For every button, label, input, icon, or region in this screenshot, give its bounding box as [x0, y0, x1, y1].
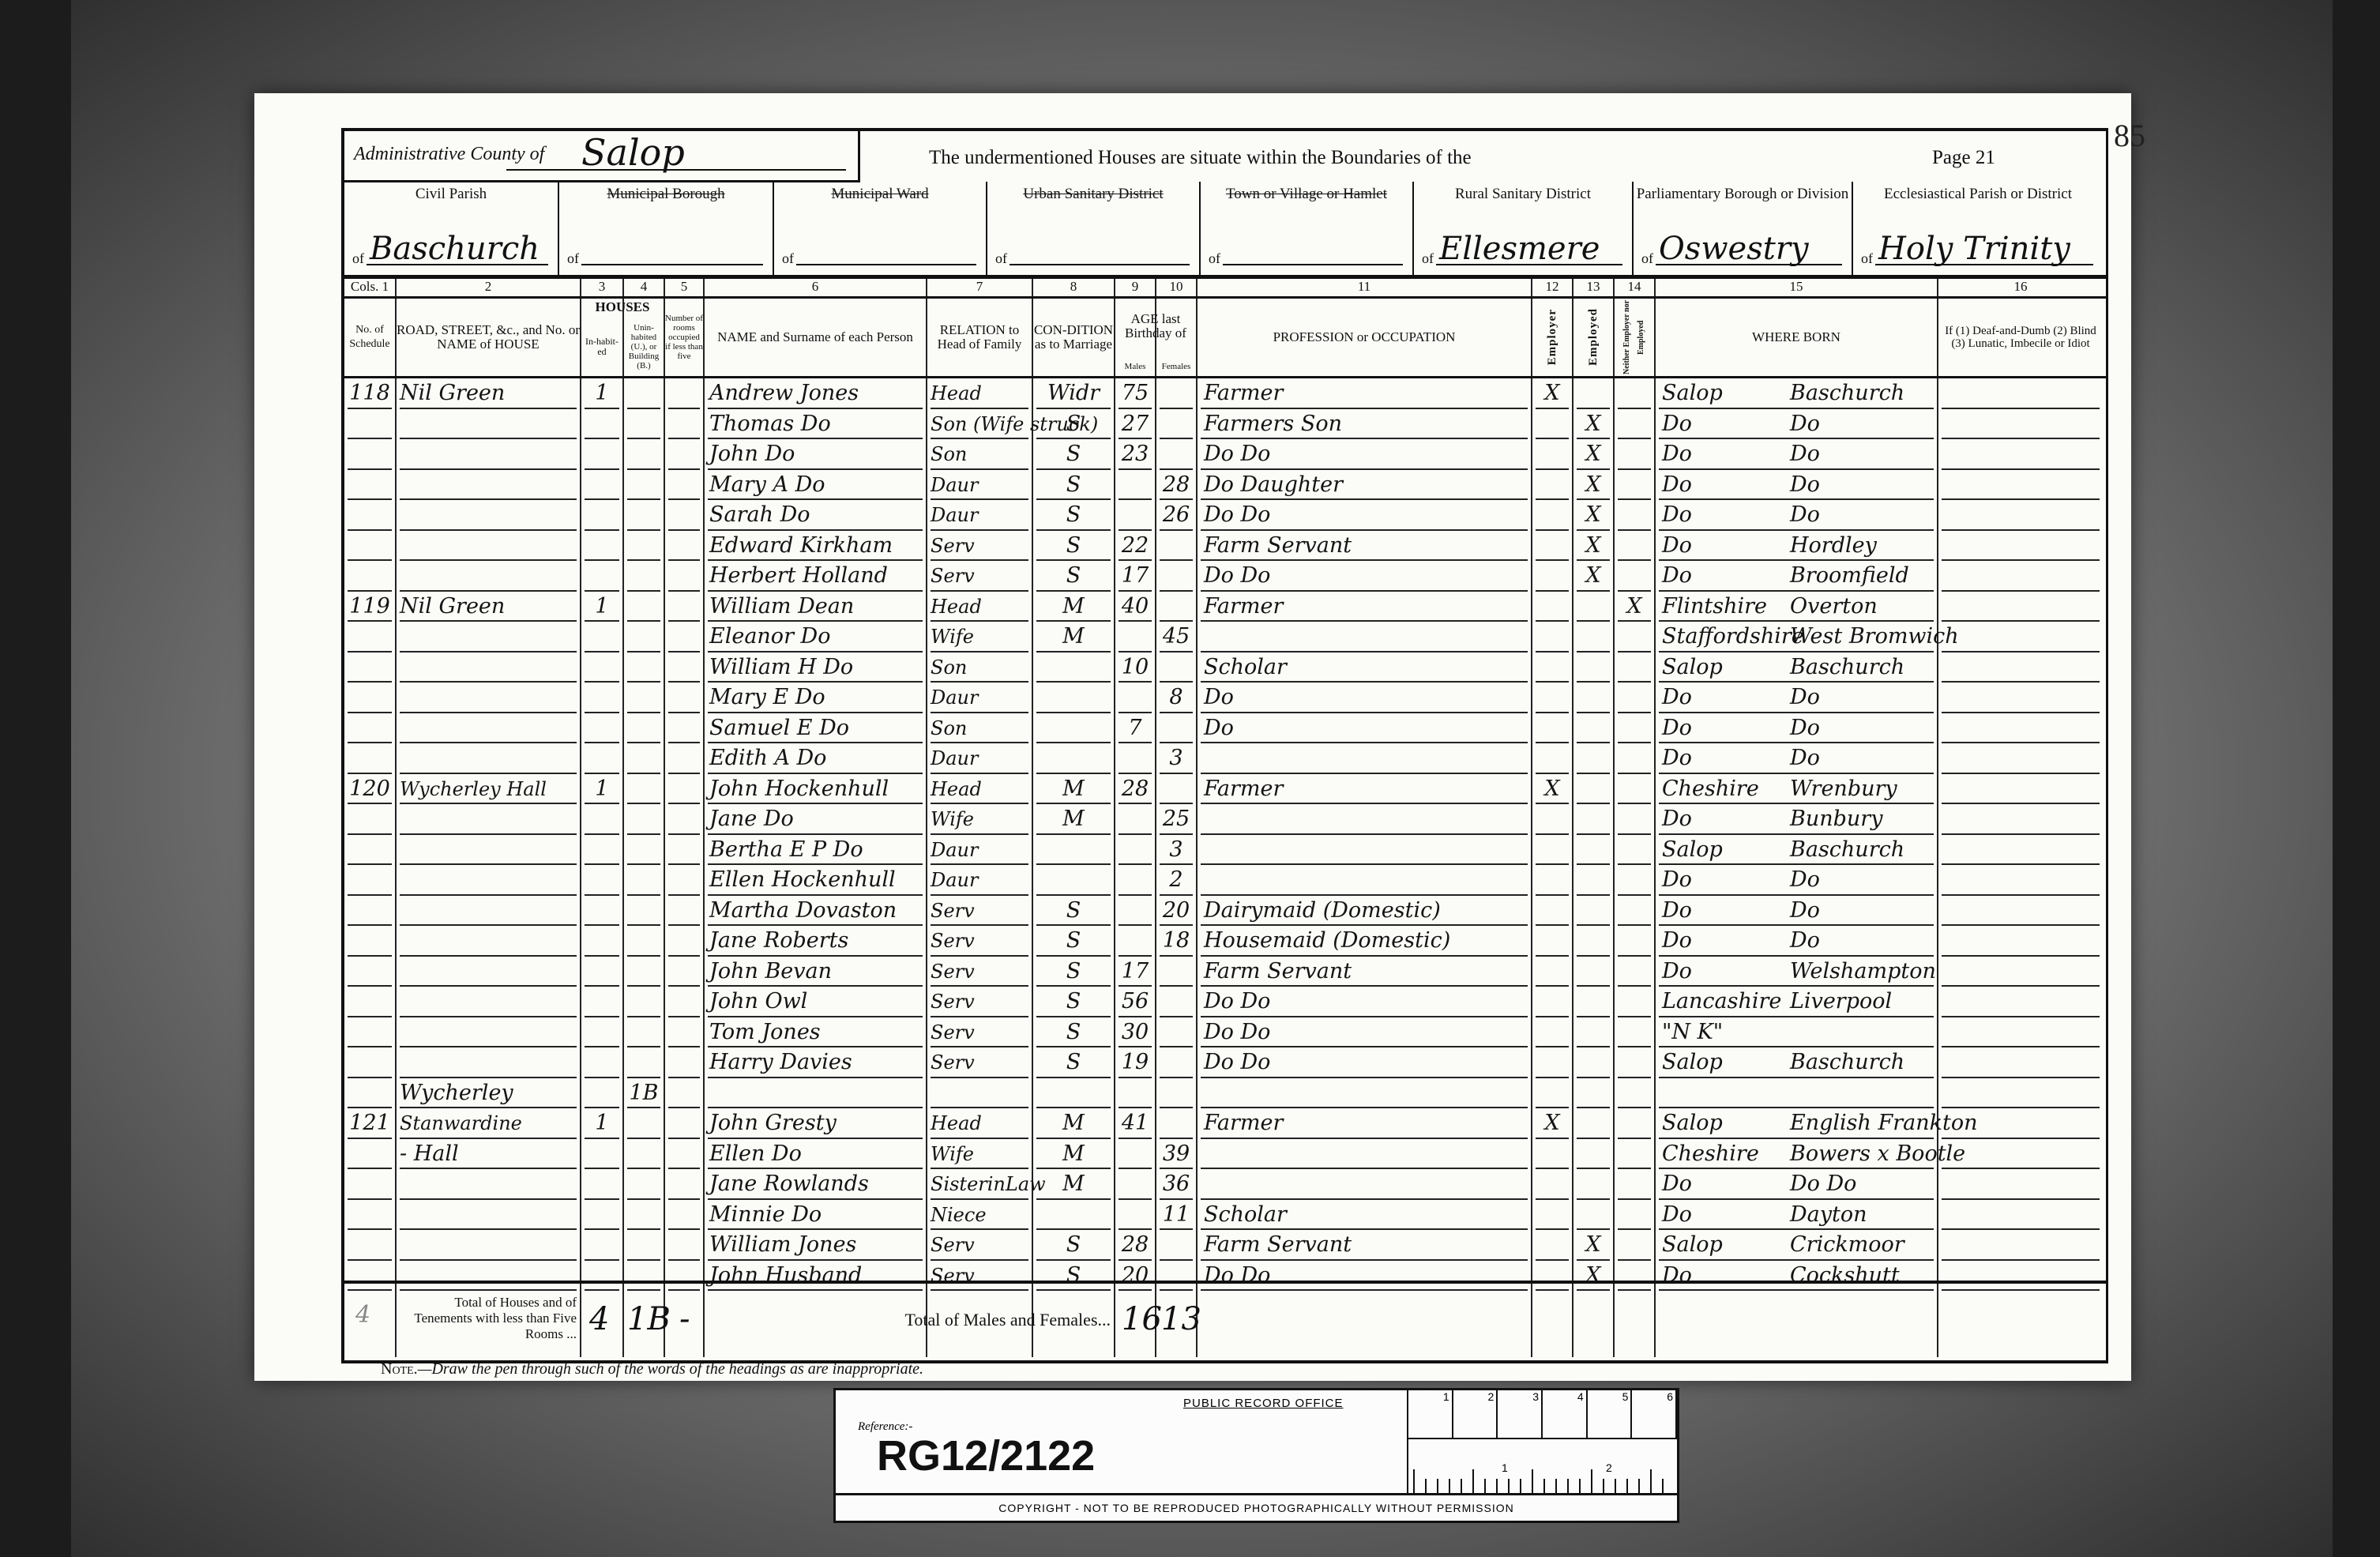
cell-female-age: 20 [1156, 896, 1196, 927]
cell-born-county: Do [1662, 1169, 1780, 1200]
table-row: William JonesServS28Farm ServantXSalopCr… [344, 1230, 2106, 1261]
cell-relation: Serv [931, 1047, 1032, 1078]
cell-rooms [665, 683, 703, 713]
cell-road [400, 713, 580, 744]
header-relation: RELATION to Head of Family [927, 299, 1032, 376]
cell-condition: M [1033, 622, 1114, 653]
cell-occupation: Do [1204, 713, 1531, 744]
cell-relation: Son [931, 653, 1032, 683]
cell-schedule [344, 622, 395, 653]
cell-male-age [1115, 1169, 1155, 1200]
cell-female-age [1156, 957, 1196, 987]
civil-parish-value: Baschurch [370, 231, 540, 267]
cell-employed [1574, 835, 1613, 866]
cell-name: Eleanor Do [709, 622, 926, 653]
cell-employed [1574, 774, 1613, 805]
cell-employer [1532, 592, 1572, 622]
table-row: John OwlServS56Do DoLancashireLiverpool [344, 987, 2106, 1017]
cell-name: John Do [709, 439, 926, 470]
cell-employed [1574, 622, 1613, 653]
district-municipal-borough: Municipal Borough of [559, 182, 774, 275]
cell-female-age: 18 [1156, 926, 1196, 957]
cell-inhabited [581, 1200, 622, 1231]
cell-condition: M [1033, 1169, 1114, 1200]
cell-rooms [665, 500, 703, 531]
cell-employed [1574, 653, 1613, 683]
cell-condition: S [1033, 1017, 1114, 1048]
cell-condition: S [1033, 957, 1114, 987]
cell-road: Wycherley Hall [400, 774, 580, 805]
cell-inhabited [581, 1078, 622, 1109]
cell-uninhabited [624, 531, 664, 562]
header-inhabited: In-habit-ed [581, 318, 622, 375]
cell-born-place: West Bromwich [1790, 622, 1937, 653]
cell-inhabited [581, 531, 622, 562]
cell-occupation [1204, 835, 1531, 866]
cell-born-county: Cheshire [1662, 1139, 1780, 1170]
cell-name: William Jones [709, 1230, 926, 1261]
cell-female-age: 2 [1156, 865, 1196, 896]
cell-neither [1615, 1047, 1654, 1078]
cell-uninhabited [624, 743, 664, 774]
district-parliamentary: Parliamentary Borough or Division of Osw… [1634, 182, 1853, 275]
cell-schedule [344, 531, 395, 562]
cell-male-age [1115, 1078, 1155, 1109]
cell-rooms [665, 804, 703, 835]
cell-rooms [665, 531, 703, 562]
cell-road [400, 926, 580, 957]
cell-uninhabited [624, 439, 664, 470]
cell-employer [1532, 957, 1572, 987]
cell-employer [1532, 653, 1572, 683]
cell-road [400, 531, 580, 562]
cell-employed [1574, 592, 1613, 622]
admin-county-box: Administrative County of Salop [344, 131, 860, 182]
cell-inhabited: 1 [581, 592, 622, 622]
reference-label: PUBLIC RECORD OFFICE Reference:- RG12/21… [833, 1388, 1679, 1523]
cell-born-place: Do [1790, 926, 1937, 957]
cell-condition: S [1033, 500, 1114, 531]
cell-road [400, 804, 580, 835]
district-ecclesiastical: Ecclesiastical Parish or District of Hol… [1853, 182, 2103, 275]
cell-infirmity [1938, 743, 2103, 774]
cell-female-age [1156, 592, 1196, 622]
cell-born-place: Wrenbury [1790, 774, 1937, 805]
cell-infirmity [1938, 683, 2103, 713]
cell-relation: Serv [931, 531, 1032, 562]
cell-male-age: 30 [1115, 1017, 1155, 1048]
cell-road [400, 957, 580, 987]
cell-schedule [344, 470, 395, 501]
header-where-born: WHERE BORN [1656, 299, 1937, 376]
cell-female-age [1156, 378, 1196, 409]
header-neither: Neither Employer nor Employed [1615, 299, 1654, 376]
cell-male-age: 27 [1115, 409, 1155, 440]
cell-relation: Wife [931, 804, 1032, 835]
cell-uninhabited [624, 378, 664, 409]
cell-male-age: 17 [1115, 957, 1155, 987]
cell-born-county: Do [1662, 531, 1780, 562]
cell-name: Mary A Do [709, 470, 926, 501]
cell-infirmity [1938, 531, 2103, 562]
cell-born-county: Staffordshire [1662, 622, 1780, 653]
cell-uninhabited [624, 1139, 664, 1170]
cell-male-age [1115, 1200, 1155, 1231]
cell-born-place: Do [1790, 683, 1937, 713]
cell-female-age [1156, 409, 1196, 440]
cell-condition [1033, 713, 1114, 744]
cell-road [400, 622, 580, 653]
cell-inhabited [581, 713, 622, 744]
scan-edge-right [2333, 0, 2380, 1557]
cell-schedule [344, 1047, 395, 1078]
cell-neither [1615, 531, 1654, 562]
cell-schedule [344, 713, 395, 744]
cell-rooms [665, 835, 703, 866]
cell-born-place: Liverpool [1790, 987, 1937, 1017]
cell-condition [1033, 683, 1114, 713]
houses-total-label: Total of Houses and of Tenements with le… [401, 1295, 577, 1342]
cell-schedule [344, 653, 395, 683]
table-row: Eleanor DoWifeM45StaffordshireWest Bromw… [344, 622, 2106, 653]
table-row: Thomas DoSon (Wife struck)S27Farmers Son… [344, 409, 2106, 440]
cell-relation: Serv [931, 896, 1032, 927]
ecclesiastical-value: Holy Trinity [1878, 231, 2070, 267]
cell-name: William H Do [709, 653, 926, 683]
cell-employer [1532, 713, 1572, 744]
cell-name: Mary E Do [709, 683, 926, 713]
cell-born-place: Dayton [1790, 1200, 1937, 1231]
cell-inhabited [581, 926, 622, 957]
cell-employer [1532, 865, 1572, 896]
cell-schedule [344, 409, 395, 440]
cell-female-age [1156, 987, 1196, 1017]
cell-employer [1532, 1230, 1572, 1261]
table-row: 121Stanwardine1John GrestyHeadM41FarmerX… [344, 1108, 2106, 1139]
table-row: Jane DoWifeM25DoBunbury [344, 804, 2106, 835]
header-uninhabited: Unin-habited (U.), or Building (B.) [624, 318, 664, 375]
cell-condition: S [1033, 1230, 1114, 1261]
table-row: Minnie DoNiece11ScholarDoDayton [344, 1200, 2106, 1231]
cell-rooms [665, 1230, 703, 1261]
cell-name: John Hockenhull [709, 774, 926, 805]
cell-inhabited [581, 987, 622, 1017]
cell-infirmity [1938, 774, 2103, 805]
cell-neither [1615, 409, 1654, 440]
cell-relation: Daur [931, 470, 1032, 501]
cell-occupation: Do Do [1204, 500, 1531, 531]
cell-born-place: Do [1790, 865, 1937, 896]
cell-employed [1574, 896, 1613, 927]
cell-name: Thomas Do [709, 409, 926, 440]
cell-schedule [344, 865, 395, 896]
cell-occupation: Do Do [1204, 987, 1531, 1017]
cell-uninhabited [624, 713, 664, 744]
rural-sanitary-value: Ellesmere [1439, 231, 1600, 267]
cell-inhabited [581, 865, 622, 896]
cell-born-place: Do [1790, 743, 1937, 774]
cell-relation: Serv [931, 1017, 1032, 1048]
cell-born-place: Do Do [1790, 1169, 1937, 1200]
cell-relation: Serv [931, 987, 1032, 1017]
district-urban-sanitary: Urban Sanitary District of [987, 182, 1201, 275]
cell-relation: Head [931, 1108, 1032, 1139]
cell-infirmity [1938, 713, 2103, 744]
cell-male-age: 75 [1115, 378, 1155, 409]
cell-rooms [665, 1169, 703, 1200]
cell-employer [1532, 1047, 1572, 1078]
cell-schedule [344, 1169, 395, 1200]
table-row: Mary A DoDaurS28Do DaughterXDoDo [344, 470, 2106, 501]
cell-schedule [344, 926, 395, 957]
table-row: Jane RobertsServS18Housemaid (Domestic)D… [344, 926, 2106, 957]
cell-employer [1532, 926, 1572, 957]
cell-born-county: Do [1662, 561, 1780, 592]
cell-infirmity [1938, 896, 2103, 927]
cell-female-age: 3 [1156, 835, 1196, 866]
cell-occupation: Farmers Son [1204, 409, 1531, 440]
cell-male-age [1115, 896, 1155, 927]
cell-born-place: Do [1790, 713, 1937, 744]
cell-name: William Dean [709, 592, 926, 622]
cell-rooms [665, 743, 703, 774]
cell-uninhabited [624, 683, 664, 713]
cell-inhabited: 1 [581, 378, 622, 409]
cell-uninhabited [624, 561, 664, 592]
cell-occupation [1204, 743, 1531, 774]
cell-employer [1532, 987, 1572, 1017]
cell-road: Wycherley [400, 1078, 580, 1109]
cell-male-age: 17 [1115, 561, 1155, 592]
cell-employer [1532, 1017, 1572, 1048]
cell-uninhabited [624, 592, 664, 622]
admin-county-value: Salop [581, 131, 685, 174]
cell-employer [1532, 531, 1572, 562]
measurement-scale: 12 34 56 1 2 [1407, 1390, 1677, 1493]
cell-name: Bertha E P Do [709, 835, 926, 866]
cell-female-age: 8 [1156, 683, 1196, 713]
cell-male-age: 41 [1115, 1108, 1155, 1139]
cell-female-age: 28 [1156, 470, 1196, 501]
cell-neither: X [1615, 592, 1654, 622]
cell-rooms [665, 1078, 703, 1109]
cell-male-age [1115, 743, 1155, 774]
cell-name: Edith A Do [709, 743, 926, 774]
cell-rooms [665, 378, 703, 409]
cell-born-place [1790, 1078, 1937, 1109]
table-row: Wycherley1B [344, 1078, 2106, 1109]
cell-inhabited [581, 957, 622, 987]
cell-neither [1615, 561, 1654, 592]
cell-name: Harry Davies [709, 1047, 926, 1078]
cell-schedule [344, 987, 395, 1017]
cell-occupation: Do Do [1204, 561, 1531, 592]
header-females: Females [1156, 358, 1196, 375]
cell-road: - Hall [400, 1139, 580, 1170]
cell-employed: X [1574, 409, 1613, 440]
cell-name: Minnie Do [709, 1200, 926, 1231]
cell-road [400, 1017, 580, 1048]
cell-employer [1532, 804, 1572, 835]
cell-born-place: Baschurch [1790, 378, 1937, 409]
cell-rooms [665, 1200, 703, 1231]
cell-schedule [344, 896, 395, 927]
cell-uninhabited [624, 1108, 664, 1139]
cell-relation: Son (Wife struck) [931, 409, 1032, 440]
males-total: 16 [1122, 1301, 1162, 1337]
cell-female-age [1156, 531, 1196, 562]
cell-infirmity [1938, 1108, 2103, 1139]
cell-employed: X [1574, 531, 1613, 562]
cell-female-age: 3 [1156, 743, 1196, 774]
cell-condition [1033, 1200, 1114, 1231]
cell-inhabited [581, 1169, 622, 1200]
header-employer: Employer [1532, 299, 1572, 376]
cell-employer: X [1532, 774, 1572, 805]
cell-born-county: Do [1662, 804, 1780, 835]
cell-schedule [344, 1200, 395, 1231]
cell-occupation: Do Do [1204, 1047, 1531, 1078]
cell-rooms [665, 774, 703, 805]
table-row: John DoSonS23Do DoXDoDo [344, 439, 2106, 470]
cell-infirmity [1938, 1139, 2103, 1170]
cell-schedule [344, 835, 395, 866]
cell-rooms [665, 957, 703, 987]
cell-born-county: Salop [1662, 653, 1780, 683]
cell-born-county: Do [1662, 683, 1780, 713]
cell-neither [1615, 653, 1654, 683]
admin-county-label: Administrative County of [354, 144, 544, 165]
cell-condition [1033, 1078, 1114, 1109]
cell-infirmity [1938, 409, 2103, 440]
cell-inhabited [581, 1230, 622, 1261]
cell-road [400, 896, 580, 927]
cell-neither [1615, 896, 1654, 927]
cell-inhabited [581, 835, 622, 866]
cell-born-place: Bunbury [1790, 804, 1937, 835]
cell-infirmity [1938, 439, 2103, 470]
cell-inhabited [581, 470, 622, 501]
cell-relation [931, 1078, 1032, 1109]
cell-occupation [1204, 622, 1531, 653]
cell-female-age: 11 [1156, 1200, 1196, 1231]
parliamentary-value: Oswestry [1659, 231, 1809, 267]
table-row: Ellen HockenhullDaur2DoDo [344, 865, 2106, 896]
cell-female-age [1156, 653, 1196, 683]
cell-road [400, 835, 580, 866]
cell-occupation: Farm Servant [1204, 531, 1531, 562]
cell-male-age: 19 [1115, 1047, 1155, 1078]
header-schedule: No. of Schedule [344, 299, 395, 376]
cell-neither [1615, 804, 1654, 835]
cell-uninhabited [624, 987, 664, 1017]
cell-neither [1615, 987, 1654, 1017]
cell-born-county: Do [1662, 896, 1780, 927]
cell-neither [1615, 1169, 1654, 1200]
cell-name: Martha Dovaston [709, 896, 926, 927]
cell-relation: Serv [931, 957, 1032, 987]
houses-inhabited-total: 4 [589, 1301, 609, 1337]
cell-female-age: 45 [1156, 622, 1196, 653]
cell-male-age [1115, 470, 1155, 501]
cell-infirmity [1938, 835, 2103, 866]
cell-uninhabited [624, 896, 664, 927]
cell-relation: Serv [931, 561, 1032, 592]
cell-schedule [344, 804, 395, 835]
cell-name: John Bevan [709, 957, 926, 987]
scan-edge-left [0, 0, 71, 1557]
header-employed: Employed [1574, 299, 1613, 376]
cell-born-place: Do [1790, 500, 1937, 531]
column-number-row: Cols. 1 2 3 4 5 6 7 8 9 10 11 12 13 14 1… [344, 279, 2106, 299]
cell-employer [1532, 683, 1572, 713]
cell-male-age [1115, 622, 1155, 653]
cell-inhabited [581, 1017, 622, 1048]
cell-road: Nil Green [400, 378, 580, 409]
cell-male-age [1115, 683, 1155, 713]
cell-inhabited [581, 683, 622, 713]
cell-infirmity [1938, 653, 2103, 683]
cell-uninhabited [624, 1047, 664, 1078]
cell-infirmity [1938, 865, 2103, 896]
males-females-label: Total of Males and Females... [705, 1312, 1111, 1328]
cell-inhabited: 1 [581, 1108, 622, 1139]
table-row: Harry DaviesServS19Do DoSalopBaschurch [344, 1047, 2106, 1078]
cell-neither [1615, 1078, 1654, 1109]
cell-occupation [1204, 1169, 1531, 1200]
cell-employer [1532, 439, 1572, 470]
cell-employer [1532, 470, 1572, 501]
cell-inhabited [581, 561, 622, 592]
cell-infirmity [1938, 1200, 2103, 1231]
cell-rooms [665, 926, 703, 957]
cell-male-age: 22 [1115, 531, 1155, 562]
cell-road [400, 561, 580, 592]
cell-infirmity [1938, 1230, 2103, 1261]
cell-relation: Wife [931, 1139, 1032, 1170]
cell-employed [1574, 713, 1613, 744]
cell-rooms [665, 713, 703, 744]
cell-occupation [1204, 804, 1531, 835]
margin-mark: 4 [355, 1301, 370, 1329]
cell-employer [1532, 1139, 1572, 1170]
cell-male-age: 23 [1115, 439, 1155, 470]
cell-name: Jane Rowlands [709, 1169, 926, 1200]
cell-born-place [1790, 1017, 1937, 1048]
cell-inhabited [581, 896, 622, 927]
cell-road [400, 1047, 580, 1078]
cell-employer [1532, 835, 1572, 866]
cell-occupation: Farm Servant [1204, 1230, 1531, 1261]
cell-schedule [344, 500, 395, 531]
cell-condition: S [1033, 896, 1114, 927]
cell-male-age [1115, 1139, 1155, 1170]
cell-schedule [344, 439, 395, 470]
table-row: Sarah DoDaurS26Do DoXDoDo [344, 500, 2106, 531]
table-row: Samuel E DoSon7DoDoDo [344, 713, 2106, 744]
cell-employer [1532, 622, 1572, 653]
cell-born-county: Do [1662, 500, 1780, 531]
cell-inhabited [581, 1139, 622, 1170]
cell-relation: Daur [931, 835, 1032, 866]
cell-inhabited [581, 653, 622, 683]
cell-occupation [1204, 865, 1531, 896]
cell-employer [1532, 1078, 1572, 1109]
cell-road [400, 1169, 580, 1200]
cell-employed [1574, 683, 1613, 713]
cell-born-county: Do [1662, 409, 1780, 440]
cell-employed [1574, 926, 1613, 957]
